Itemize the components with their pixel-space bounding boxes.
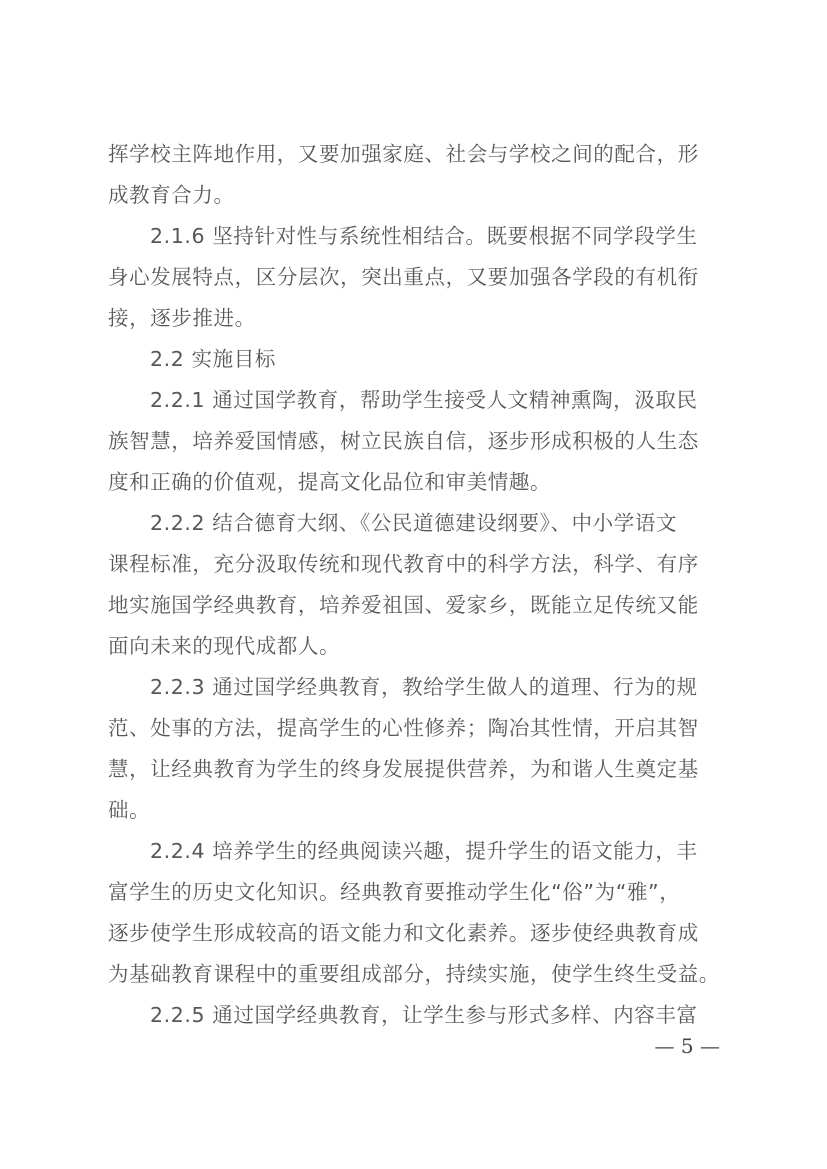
paragraph-2-2-5: 2.2.5 通过国学经典教育，让学生参与形式多样、内容丰富 <box>150 1001 720 1029</box>
text-line: 地实施国学经典教育，培养爱祖国、爱家乡，既能立足传统又能 <box>108 591 720 619</box>
paragraph-2-2-4: 2.2.4 培养学生的经典阅读兴趣，提升学生的语文能力，丰 <box>150 837 720 865</box>
paragraph-2-2-2: 2.2.2 结合德育大纲、《公民道德建设纲要》、中小学语文 <box>150 509 720 537</box>
text-line: 接，逐步推进。 <box>108 304 720 332</box>
text-line: 课程标准，充分汲取传统和现代教育中的科学方法，科学、有序 <box>108 550 720 578</box>
text-line: 成教育合力。 <box>108 181 720 209</box>
paragraph-2-1-6: 2.1.6 坚持针对性与系统性相结合。既要根据不同学段学生 <box>150 222 720 250</box>
page-number: — 5 — <box>650 1034 720 1058</box>
text-line: 础。 <box>108 796 720 824</box>
text-line: 族智慧，培养爱国情感，树立民族自信，逐步形成积极的人生态 <box>108 427 720 455</box>
text-line: 富学生的历史文化知识。经典教育要推动学生化“俗”为“雅”， <box>108 878 720 906</box>
section-heading-2-2: 2.2 实施目标 <box>150 345 720 373</box>
text-line: 挥学校主阵地作用，又要加强家庭、社会与学校之间的配合，形 <box>108 140 720 168</box>
text-line: 面向未来的现代成都人。 <box>108 632 720 660</box>
paragraph-2-2-1: 2.2.1 通过国学教育，帮助学生接受人文精神熏陶，汲取民 <box>150 386 720 414</box>
text-line: 为基础教育课程中的重要组成部分，持续实施，使学生终生受益。 <box>108 960 720 988</box>
paragraph-2-2-3: 2.2.3 通过国学经典教育，教给学生做人的道理、行为的规 <box>150 673 720 701</box>
text-line: 度和正确的价值观，提高文化品位和审美情趣。 <box>108 468 720 496</box>
text-line: 逐步使学生形成较高的语文能力和文化素养。逐步使经典教育成 <box>108 919 720 947</box>
document-page: 挥学校主阵地作用，又要加强家庭、社会与学校之间的配合，形 成教育合力。 2.1.… <box>0 0 827 1169</box>
text-line: 慧，让经典教育为学生的终身发展提供营养，为和谐人生奠定基 <box>108 755 720 783</box>
text-line: 身心发展特点，区分层次，突出重点，又要加强各学段的有机衔 <box>108 263 720 291</box>
text-line: 范、处事的方法，提高学生的心性修养；陶冶其性情，开启其智 <box>108 714 720 742</box>
